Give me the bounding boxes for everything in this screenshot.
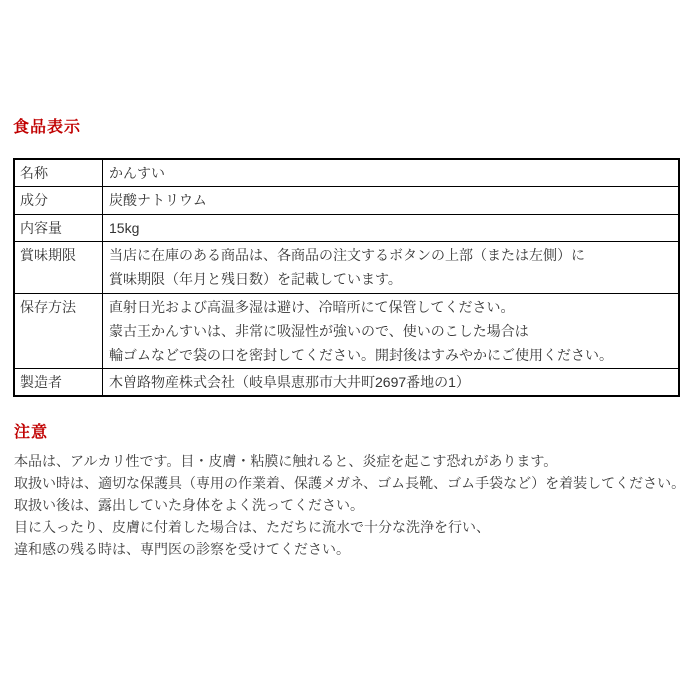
row-label-storage: 保存方法 — [14, 294, 103, 369]
row-label-net-content: 内容量 — [14, 215, 103, 242]
table-row-ingredients: 成分 炭酸ナトリウム — [14, 187, 679, 215]
caution-section: 本品は、アルカリ性です。目・皮膚・粘膜に触れると、炎症を起こす恐れがあります。 … — [13, 450, 682, 560]
caution-line: 取扱い時は、適切な保護具（専用の作業着、保護メガネ、ゴム長靴、ゴム手袋など）を着… — [13, 472, 682, 494]
row-value-best-before: 当店に在庫のある商品は、各商品の注文するボタンの上部（または左側）に 賞味期限（… — [103, 242, 680, 294]
food-label-heading: 食品表示 — [13, 118, 682, 137]
table-row-best-before: 賞味期限 当店に在庫のある商品は、各商品の注文するボタンの上部（または左側）に … — [14, 242, 679, 294]
row-value-ingredients: 炭酸ナトリウム — [103, 187, 680, 215]
page: 食品表示 名称 かんすい 成分 炭酸ナトリウム 内容量 15kg 賞味期限 当店… — [0, 0, 700, 700]
caution-heading: 注意 — [14, 423, 682, 442]
table-row-net-content: 内容量 15kg — [14, 215, 679, 242]
table-row-name: 名称 かんすい — [14, 159, 679, 187]
row-value-manufacturer: 木曽路物産株式会社（岐阜県恵那市大井町2697番地の1） — [103, 369, 680, 397]
table-row-storage: 保存方法 直射日光および高温多湿は避け、冷暗所にて保管してください。 蒙古王かん… — [14, 294, 679, 369]
row-value-storage: 直射日光および高温多湿は避け、冷暗所にて保管してください。 蒙古王かんすいは、非… — [103, 294, 680, 369]
row-label-ingredients: 成分 — [14, 187, 103, 215]
row-label-best-before: 賞味期限 — [14, 242, 103, 294]
table-row-manufacturer: 製造者 木曽路物産株式会社（岐阜県恵那市大井町2697番地の1） — [14, 369, 679, 397]
caution-line: 本品は、アルカリ性です。目・皮膚・粘膜に触れると、炎症を起こす恐れがあります。 — [13, 450, 682, 472]
row-value-net-content: 15kg — [103, 215, 680, 242]
food-label-table: 名称 かんすい 成分 炭酸ナトリウム 内容量 15kg 賞味期限 当店に在庫のあ… — [13, 158, 680, 397]
row-value-name: かんすい — [103, 159, 680, 187]
caution-line: 目に入ったり、皮膚に付着した場合は、ただちに流水で十分な洗浄を行い、 — [13, 516, 682, 538]
caution-line: 取扱い後は、露出していた身体をよく洗ってください。 — [13, 494, 682, 516]
row-label-name: 名称 — [14, 159, 103, 187]
caution-line: 違和感の残る時は、専門医の診察を受けてください。 — [13, 538, 682, 560]
row-label-manufacturer: 製造者 — [14, 369, 103, 397]
